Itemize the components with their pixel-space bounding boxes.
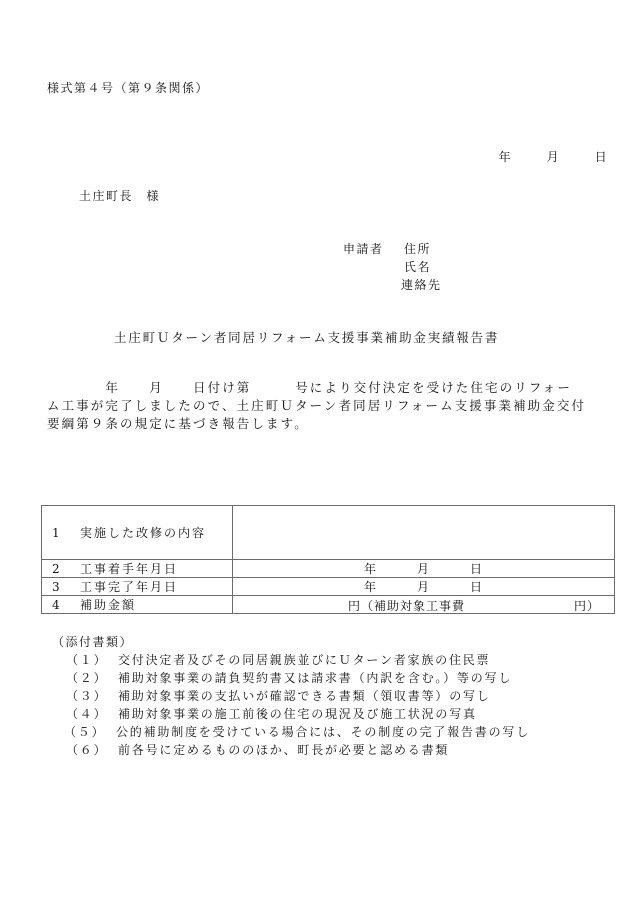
report-body: 年 月 日付け第 号により交付決定を受けた住宅のリフォー ム工事が完了しましたの… bbox=[47, 379, 617, 433]
document-title: 土庄町Ｕターン者同居リフォーム支援事業補助金実績報告書 bbox=[114, 328, 499, 346]
attachment-item: （３）補助対象事業の支払いが確認できる書類（領収書等）の写し bbox=[66, 687, 491, 704]
form-number: 様式第４号（第９条関係） bbox=[47, 79, 209, 96]
attachments-heading: （添付書類） bbox=[52, 633, 133, 650]
table-row: 2工事着手年月日 年月日 bbox=[42, 560, 615, 578]
attachment-item: （２）補助対象事業の請負契約書又は請求書（内訳を含む。）等の写し bbox=[66, 669, 512, 686]
attachment-item: （５）公的補助制度を受けている場合には、その制度の完了報告書の写し bbox=[64, 723, 530, 740]
name-label: 氏名 bbox=[404, 258, 431, 275]
row-label: 3工事完了年月日 bbox=[42, 578, 233, 596]
body-line: 要綱第９条の規定に基づき報告します。 bbox=[47, 415, 617, 433]
address-label: 住所 bbox=[404, 240, 431, 257]
renovation-content-field[interactable] bbox=[233, 506, 615, 560]
submission-date: 年月日 bbox=[491, 134, 607, 165]
row-label: 4補助金額 bbox=[42, 596, 233, 614]
date-year: 年 bbox=[499, 148, 511, 165]
body-line: ム工事が完了しましたので、土庄町Ｕターン者同居リフォーム支援事業補助金交付 bbox=[47, 397, 617, 415]
construction-end-date-field[interactable]: 年月日 bbox=[233, 578, 615, 596]
row-label: 2工事着手年月日 bbox=[42, 560, 233, 578]
table-row: 3工事完了年月日 年月日 bbox=[42, 578, 615, 596]
table-row: 4補助金額 円（補助対象工事費円） bbox=[42, 596, 615, 614]
row-label: 1実施した改修の内容 bbox=[42, 506, 233, 560]
date-month: 月 bbox=[547, 148, 559, 165]
attachment-item: （６）前各号に定めるもののほか、町長が必要と認める書類 bbox=[66, 741, 449, 758]
attachment-item: （１）交付決定者及びその同居親族並びにＵターン者家族の住民票 bbox=[66, 651, 490, 668]
report-table: 1実施した改修の内容 2工事着手年月日 年月日 3工事完了年月日 年月日 4補助… bbox=[41, 505, 615, 614]
contact-label: 連絡先 bbox=[401, 276, 442, 293]
applicant-label: 申請者 bbox=[343, 240, 384, 257]
construction-start-date-field[interactable]: 年月日 bbox=[233, 560, 615, 578]
attachment-item: （４）補助対象事業の施工前後の住宅の現況及び施工状況の写真 bbox=[66, 705, 477, 722]
body-line: 年 月 日付け第 号により交付決定を受けた住宅のリフォー bbox=[47, 379, 617, 397]
subsidy-amount-field[interactable]: 円（補助対象工事費円） bbox=[233, 596, 615, 614]
table-row: 1実施した改修の内容 bbox=[42, 506, 615, 560]
date-day: 日 bbox=[595, 148, 607, 165]
recipient: 土庄町長 様 bbox=[79, 187, 160, 204]
